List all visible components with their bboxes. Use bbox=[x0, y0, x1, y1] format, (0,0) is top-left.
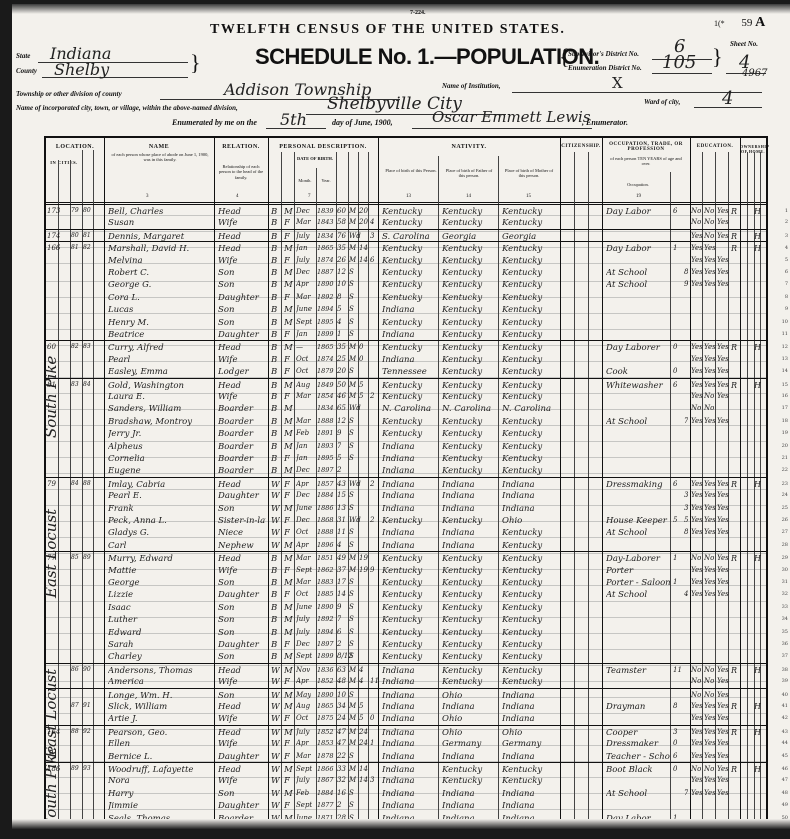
occupation: Porter - Saloon bbox=[606, 578, 670, 588]
can-read: Yes bbox=[691, 367, 703, 375]
can-write: Yes bbox=[704, 776, 716, 784]
speaks-english: Yes bbox=[717, 590, 729, 598]
farm-house: H bbox=[754, 480, 761, 489]
sex: F bbox=[284, 528, 290, 538]
father-birthplace: Kentucky bbox=[442, 652, 498, 662]
table-row: Mattie Wife B F Sept 1862 37 M 19 9 Kent… bbox=[46, 564, 766, 576]
can-write: Yes bbox=[704, 355, 716, 363]
father-birthplace: Kentucky bbox=[442, 392, 498, 402]
birth-year: 1857 bbox=[317, 480, 334, 488]
relation: Niece bbox=[218, 528, 266, 538]
color: W bbox=[271, 516, 280, 526]
person-name: George G. bbox=[108, 280, 212, 290]
can-write: Yes bbox=[704, 491, 716, 499]
birth-month: Oct bbox=[296, 367, 308, 375]
birth-month: — bbox=[296, 343, 303, 351]
marital-status: M bbox=[349, 256, 356, 264]
institution-value: X bbox=[612, 74, 623, 92]
mother-birthplace: Indiana bbox=[502, 801, 558, 811]
person-name: Lucas bbox=[108, 305, 212, 315]
house-number: 164 bbox=[47, 728, 60, 736]
line-number: 33 bbox=[782, 604, 788, 610]
header-education: EDUCATION. bbox=[690, 144, 740, 149]
can-read: Yes bbox=[691, 566, 703, 574]
father-birthplace: Kentucky bbox=[442, 516, 498, 526]
can-write: No bbox=[704, 392, 714, 400]
line-number: 27 bbox=[782, 529, 788, 535]
birthplace: Kentucky bbox=[382, 516, 438, 526]
table-row: Beatrice Daughter B F Jan 1899 1 S India… bbox=[46, 328, 766, 340]
sex: M bbox=[284, 404, 293, 414]
can-read: Yes bbox=[691, 343, 703, 351]
school-months: 3 bbox=[684, 491, 688, 499]
can-read: Yes bbox=[691, 516, 703, 524]
years-married: 0 bbox=[359, 343, 363, 351]
person-name: Lizzie bbox=[108, 590, 212, 600]
birthplace: Indiana bbox=[382, 541, 438, 551]
color: W bbox=[271, 677, 280, 687]
table-row: Eugene Boarder B M Dec 1897 2 Indiana Ke… bbox=[46, 464, 766, 476]
birth-year: 1879 bbox=[317, 367, 334, 375]
birthplace: Indiana bbox=[382, 714, 438, 724]
marital-status: S bbox=[349, 268, 354, 276]
marital-status: S bbox=[349, 801, 354, 809]
can-write: Yes bbox=[704, 714, 716, 722]
birth-month: Oct bbox=[296, 355, 308, 363]
months-unemployed: 6 bbox=[673, 480, 677, 488]
relation: Wife bbox=[218, 739, 266, 749]
marital-status: M bbox=[349, 218, 356, 226]
birthplace: Tennessee bbox=[382, 367, 438, 377]
table-row: Luther Son B M July 1892 7 S Kentucky Ke… bbox=[46, 613, 766, 625]
person-name: Sanders, William bbox=[108, 404, 212, 414]
color: B bbox=[271, 280, 277, 290]
line-number: 32 bbox=[782, 591, 788, 597]
person-name: Cornelia bbox=[108, 454, 212, 464]
person-name: Carl bbox=[108, 541, 212, 551]
relation: Son bbox=[218, 268, 266, 278]
relation: Wife bbox=[218, 566, 266, 576]
school-months: 5 bbox=[684, 516, 688, 524]
person-name: Jerry Jr. bbox=[108, 429, 212, 439]
table-row: 186 89 93 Woodruff, Lafayette Head W M S… bbox=[46, 762, 766, 775]
marital-status: S bbox=[349, 603, 354, 611]
school-months: 8 bbox=[684, 528, 688, 536]
sex: F bbox=[284, 739, 290, 749]
owned-rented: R bbox=[731, 244, 737, 253]
can-read: Yes bbox=[691, 728, 703, 736]
person-name: Nora bbox=[108, 776, 212, 786]
relation: Wife bbox=[218, 355, 266, 365]
can-write: Yes bbox=[704, 367, 716, 375]
can-read: Yes bbox=[691, 789, 703, 797]
birth-month: Dec bbox=[296, 491, 310, 499]
birth-month: Feb bbox=[296, 789, 309, 797]
father-birthplace: Germany bbox=[442, 739, 498, 749]
color: B bbox=[271, 268, 277, 278]
speaks-english: Yes bbox=[717, 280, 729, 288]
stamp-suffix: A bbox=[755, 15, 765, 30]
father-birthplace: Kentucky bbox=[442, 305, 498, 315]
relation: Wife bbox=[218, 218, 266, 228]
marital-status: M bbox=[349, 355, 356, 363]
relation: Daughter bbox=[218, 752, 266, 762]
table-row: Isaac Son B M June 1890 9 S Kentucky Ken… bbox=[46, 601, 766, 613]
age: 49 bbox=[337, 554, 346, 562]
can-read: No bbox=[691, 691, 701, 699]
age: 33 bbox=[337, 765, 346, 773]
supervisor-label: Supervisor's District No. bbox=[568, 50, 639, 58]
can-write: Yes bbox=[704, 504, 716, 512]
line-number: 10 bbox=[782, 319, 788, 325]
father-birthplace: Kentucky bbox=[442, 355, 498, 365]
marital-status: M bbox=[349, 702, 356, 710]
marital-status: M bbox=[349, 765, 356, 773]
age: 60 bbox=[337, 207, 346, 215]
line-number: 35 bbox=[782, 629, 788, 635]
mother-birthplace: Indiana bbox=[502, 789, 558, 799]
line-number: 47 bbox=[782, 777, 788, 783]
county-label: County bbox=[16, 67, 37, 75]
birth-year: 1890 bbox=[317, 603, 334, 611]
father-birthplace: Kentucky bbox=[442, 429, 498, 439]
can-read: Yes bbox=[691, 232, 703, 240]
children-born: 2 bbox=[370, 392, 374, 400]
sex: M bbox=[284, 789, 293, 799]
birth-year: 1891 bbox=[317, 429, 334, 437]
birthplace: Kentucky bbox=[382, 417, 438, 427]
line-number: 46 bbox=[782, 766, 788, 772]
speaks-english: Yes bbox=[717, 714, 729, 722]
birth-month: Oct bbox=[296, 590, 308, 598]
birth-month: Mar bbox=[296, 417, 311, 425]
mother-birthplace: N. Carolina bbox=[502, 404, 558, 414]
mother-birthplace: Kentucky bbox=[502, 640, 558, 650]
speaks-english: Yes bbox=[717, 765, 729, 773]
enumerated-label: Enumerated by me on the bbox=[172, 118, 257, 127]
line-number: 28 bbox=[782, 542, 788, 548]
birth-year: 1854 bbox=[317, 392, 334, 400]
can-read: Yes bbox=[691, 381, 703, 389]
months-unemployed: 5 bbox=[673, 516, 677, 524]
relation: Daughter bbox=[218, 293, 266, 303]
father-birthplace: Ohio bbox=[442, 714, 498, 724]
children-born: 1 bbox=[370, 739, 374, 747]
father-birthplace: Indiana bbox=[442, 491, 498, 501]
table-row: 164 88 92 Pearson, Geo. Head W M July 18… bbox=[46, 725, 766, 738]
father-birthplace: Kentucky bbox=[442, 280, 498, 290]
speaks-english: Yes bbox=[717, 355, 729, 363]
family-number: 89 bbox=[83, 554, 91, 561]
birth-year: 1888 bbox=[317, 417, 334, 425]
color: W bbox=[271, 491, 280, 501]
can-read: Yes bbox=[691, 491, 703, 499]
relation: Wife bbox=[218, 714, 266, 724]
color: B bbox=[271, 256, 277, 266]
birth-year: 1865 bbox=[317, 343, 334, 351]
line-number: 48 bbox=[782, 790, 788, 796]
line-number: 40 bbox=[782, 692, 788, 698]
occupation: At School bbox=[606, 528, 670, 538]
sex: F bbox=[284, 392, 290, 402]
birth-year: 1885 bbox=[317, 590, 334, 598]
sex: M bbox=[284, 429, 293, 439]
line-number: 45 bbox=[782, 753, 788, 759]
children-born: 9 bbox=[370, 566, 374, 574]
sex: F bbox=[284, 330, 290, 340]
sex: F bbox=[284, 355, 290, 365]
table-row: America Wife W F Apr 1852 48 M 4 11 Indi… bbox=[46, 675, 766, 687]
can-read: Yes bbox=[691, 355, 703, 363]
children-born: 4 bbox=[370, 218, 374, 226]
occupation: House Keeper bbox=[606, 516, 670, 526]
sex: M bbox=[284, 280, 293, 290]
school-months: 7 bbox=[684, 789, 688, 797]
can-write: Yes bbox=[704, 702, 716, 710]
can-write: No bbox=[704, 232, 714, 240]
person-name: Sarah bbox=[108, 640, 212, 650]
line-number: 7 bbox=[785, 281, 788, 287]
speaks-english: Yes bbox=[717, 752, 729, 760]
children-born: 11 bbox=[370, 677, 379, 685]
birth-year: 1862 bbox=[317, 566, 334, 574]
father-birthplace: Kentucky bbox=[442, 628, 498, 638]
can-read: Yes bbox=[691, 578, 703, 586]
header-location: LOCATION. bbox=[46, 144, 104, 150]
father-birthplace: Indiana bbox=[442, 504, 498, 514]
mother-birthplace: Kentucky bbox=[502, 578, 558, 588]
family-number: 92 bbox=[83, 728, 91, 735]
birthplace: Indiana bbox=[382, 305, 438, 315]
relation: Boarder bbox=[218, 417, 266, 427]
sex: M bbox=[284, 305, 293, 315]
census-sheet: 7-224. TWELFTH CENSUS OF THE UNITED STAT… bbox=[12, 4, 790, 829]
ward-number: 4 bbox=[722, 88, 733, 109]
birth-year: 1852 bbox=[317, 677, 334, 685]
house-number: 173 bbox=[47, 207, 60, 215]
age: 10 bbox=[337, 280, 346, 288]
birthplace: Kentucky bbox=[382, 566, 438, 576]
relation: Daughter bbox=[218, 330, 266, 340]
color: W bbox=[271, 752, 280, 762]
children-born: 2 bbox=[370, 516, 374, 524]
mother-birthplace: Kentucky bbox=[502, 293, 558, 303]
speaks-english: Yes bbox=[717, 702, 729, 710]
sex: F bbox=[284, 776, 290, 786]
brace: } bbox=[712, 46, 723, 68]
sex: F bbox=[284, 367, 290, 377]
line-number: 19 bbox=[782, 430, 788, 436]
age: 47 bbox=[337, 739, 346, 747]
mother-birthplace: Kentucky bbox=[502, 776, 558, 786]
line-number: 24 bbox=[782, 492, 788, 498]
sex: F bbox=[284, 491, 290, 501]
birth-year: 1895 bbox=[317, 318, 334, 326]
color: B bbox=[271, 355, 277, 365]
father-birthplace: Kentucky bbox=[442, 256, 498, 266]
table-row: Sanders, William Boarder B M 1834 65 Wd … bbox=[46, 402, 766, 414]
color: W bbox=[271, 541, 280, 551]
table-row: 77 85 89 Murry, Edward Head B M Mar 1851… bbox=[46, 551, 766, 564]
col-number: 13 bbox=[406, 194, 411, 199]
birth-month: July bbox=[296, 728, 310, 736]
father-birthplace: Kentucky bbox=[442, 590, 498, 600]
line-number: 13 bbox=[782, 356, 788, 362]
birth-year: 1834 bbox=[317, 404, 334, 412]
speaks-english: Yes bbox=[717, 392, 729, 400]
birth-year: 1868 bbox=[317, 516, 334, 524]
years-married: 14 bbox=[359, 256, 368, 264]
marital-status: Wd bbox=[349, 516, 361, 524]
birth-year: 1894 bbox=[317, 305, 334, 313]
color: B bbox=[271, 615, 277, 625]
age: 17 bbox=[337, 578, 346, 586]
enumeration-label: Enumeration District No. bbox=[568, 64, 642, 72]
speaks-english: Yes bbox=[717, 528, 729, 536]
birth-year: 1883 bbox=[317, 578, 334, 586]
line-number: 30 bbox=[782, 567, 788, 573]
relation: Wife bbox=[218, 776, 266, 786]
can-write: Yes bbox=[704, 728, 716, 736]
age: 4 bbox=[337, 318, 341, 326]
speaks-english: Yes bbox=[717, 776, 729, 784]
birth-year: 1893 bbox=[317, 442, 334, 450]
marital-status: M bbox=[349, 381, 356, 389]
father-birthplace: Indiana bbox=[442, 541, 498, 551]
birth-month: Apr bbox=[296, 677, 309, 685]
sex: F bbox=[284, 218, 290, 228]
family-number: 93 bbox=[83, 765, 91, 772]
marital-status: M bbox=[349, 728, 356, 736]
age: 9 bbox=[337, 429, 341, 437]
mother-birthplace: Kentucky bbox=[502, 429, 558, 439]
birth-month: Mar bbox=[296, 752, 311, 760]
relation: Daughter bbox=[218, 491, 266, 501]
person-name: Cora L. bbox=[108, 293, 212, 303]
sex: M bbox=[284, 702, 293, 712]
age: 12 bbox=[337, 268, 346, 276]
can-write: No bbox=[704, 691, 714, 699]
line-number: 36 bbox=[782, 641, 788, 647]
relation: Boarder bbox=[218, 429, 266, 439]
scan-edge bbox=[12, 819, 790, 829]
table-row: 174 80 81 Dennis, Margaret Head B F July… bbox=[46, 229, 766, 242]
color: B bbox=[271, 293, 277, 303]
owned-rented: R bbox=[731, 232, 737, 241]
family-number: 80 bbox=[83, 207, 91, 214]
person-name: Pearl E. bbox=[108, 491, 212, 501]
enumerated-day: 5th bbox=[280, 110, 307, 129]
form-number: 7-224. bbox=[410, 10, 426, 16]
birth-month: Apr bbox=[296, 541, 309, 549]
header-nativity-mother: Place of birth of Mother of this person. bbox=[502, 168, 556, 179]
owned-rented: R bbox=[731, 765, 737, 774]
header-occupation-desc: of each person TEN YEARS of age and over… bbox=[606, 156, 686, 167]
person-name: Frank bbox=[108, 504, 212, 514]
person-name: Isaac bbox=[108, 603, 212, 613]
sex: F bbox=[284, 752, 290, 762]
age: 34 bbox=[337, 702, 346, 710]
birth-year: 1888 bbox=[317, 528, 334, 536]
can-write: Yes bbox=[704, 244, 716, 252]
birthplace: Kentucky bbox=[382, 652, 438, 662]
father-birthplace: Kentucky bbox=[442, 318, 498, 328]
birthplace: Indiana bbox=[382, 677, 438, 687]
age: 35 bbox=[337, 343, 346, 351]
person-name: Slick, William bbox=[108, 702, 212, 712]
line-number: 15 bbox=[782, 382, 788, 388]
dwelling-number: 88 bbox=[71, 728, 79, 735]
relation: Daughter bbox=[218, 640, 266, 650]
sex: M bbox=[284, 466, 293, 476]
mother-birthplace: Kentucky bbox=[502, 305, 558, 315]
occupation: Porter bbox=[606, 566, 670, 576]
mother-birthplace: Kentucky bbox=[502, 677, 558, 687]
school-months: 7 bbox=[684, 417, 688, 425]
line-number: 12 bbox=[782, 344, 788, 350]
table-row: Sarah Daughter B F Dec 1897 2 S Kentucky… bbox=[46, 638, 766, 650]
color: B bbox=[271, 218, 277, 228]
person-name: Harry bbox=[108, 789, 212, 799]
color: B bbox=[271, 590, 277, 600]
mother-birthplace: Kentucky bbox=[502, 628, 558, 638]
can-read: Yes bbox=[691, 417, 703, 425]
dwelling-number: 83 bbox=[71, 381, 79, 388]
table-row: 87 91 Slick, William Head W M Aug 1865 3… bbox=[46, 700, 766, 712]
mother-birthplace: Germany bbox=[502, 739, 558, 749]
can-read: Yes bbox=[691, 776, 703, 784]
table-row: Bradshaw, Montroy Boarder B M Mar 1888 1… bbox=[46, 415, 766, 427]
relation: Nephew bbox=[218, 541, 266, 551]
table-row: Laura E. Wife B F Mar 1854 46 M 5 2 Kent… bbox=[46, 390, 766, 402]
color: W bbox=[271, 776, 280, 786]
sex: F bbox=[284, 516, 290, 526]
col-number: 15 bbox=[526, 194, 531, 199]
years-married: 14 bbox=[359, 765, 368, 773]
sex: M bbox=[284, 417, 293, 427]
can-write: Yes bbox=[704, 752, 716, 760]
person-name: Easley, Emma bbox=[108, 367, 212, 377]
birth-year: 1894 bbox=[317, 628, 334, 636]
speaks-english: Yes bbox=[717, 554, 729, 562]
birthplace: Indiana bbox=[382, 752, 438, 762]
age: 4 bbox=[337, 541, 341, 549]
father-birthplace: Kentucky bbox=[442, 417, 498, 427]
birth-month: Nov bbox=[296, 666, 310, 674]
birthplace: Indiana bbox=[382, 776, 438, 786]
header-name-desc: of each person whose place of abode on J… bbox=[108, 152, 212, 163]
can-read: Yes bbox=[691, 480, 703, 488]
occupation: At School bbox=[606, 417, 670, 427]
owned-rented: R bbox=[731, 381, 737, 390]
color: B bbox=[271, 466, 277, 476]
table-row: 60 82 83 Curry, Alfred Head B M — 1865 3… bbox=[46, 340, 766, 353]
marital-status: S bbox=[349, 541, 354, 549]
person-name: Bernice L. bbox=[108, 752, 212, 762]
mother-birthplace: Kentucky bbox=[502, 566, 558, 576]
person-name: Pearl bbox=[108, 355, 212, 365]
birth-year: 1884 bbox=[317, 789, 334, 797]
birth-year: 1895 bbox=[317, 454, 334, 462]
can-read: Yes bbox=[691, 280, 703, 288]
school-months: 4 bbox=[684, 590, 688, 598]
line-number: 3 bbox=[785, 233, 788, 239]
farm-house: H bbox=[754, 381, 761, 390]
header-nativity: NATIVITY. bbox=[378, 144, 560, 150]
line-number: 43 bbox=[782, 729, 788, 735]
color: B bbox=[271, 417, 277, 427]
birth-year: 1874 bbox=[317, 355, 334, 363]
